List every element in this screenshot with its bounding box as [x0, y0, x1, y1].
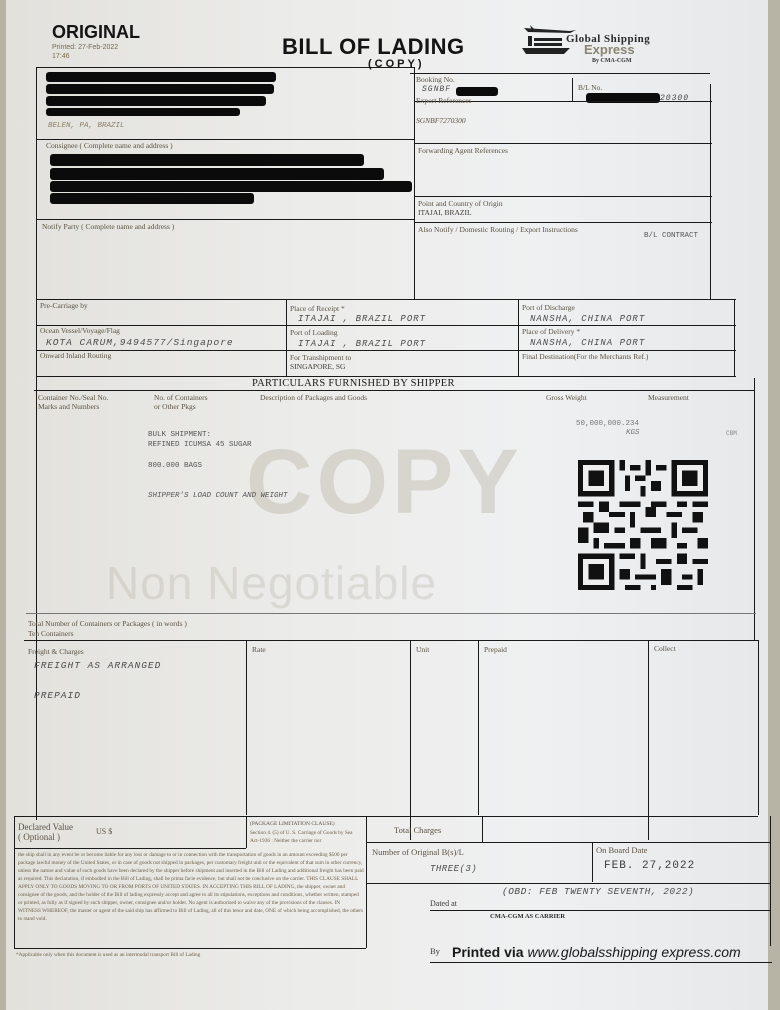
total-packages-label: Total Number of Containers or Packages (…: [28, 620, 187, 628]
declared-value-label: Declared Value: [18, 822, 73, 832]
printed-date: Printed: 27-Feb-2022: [52, 44, 118, 51]
bill-of-lading-document: ORIGINAL Printed: 27-Feb-2022 17:46 BILL…: [6, 0, 768, 1010]
printed-via-text: Printed via www.globalsshipping express.…: [452, 944, 741, 960]
place-of-receipt-value: ITAJAI , BRAZIL PORT: [298, 314, 426, 324]
total-packages-value: Ten Containers: [28, 630, 74, 638]
declared-value-optional: ( Optional ): [18, 832, 60, 842]
goods-line2: REFINED ICUMSA 45 SUGAR: [148, 441, 252, 449]
ocean-vessel-value: KOTA CARUM,9494577/Singapore: [46, 337, 234, 348]
port-of-loading-label: Port of Loading: [290, 329, 338, 337]
dated-at-label: Dated at: [430, 900, 457, 909]
watermark-copy: COPY: [246, 430, 523, 535]
printed-via-label: Printed via: [452, 944, 527, 960]
freight-line1: FREIGHT AS ARRANGED: [34, 660, 161, 671]
also-notify-label: Also Notify / Domestic Routing / Export …: [418, 226, 578, 234]
booking-number: SGNBF: [422, 85, 451, 94]
originals-label: Number of Original B(s)/L: [372, 848, 464, 857]
place-of-delivery-label: Place of Delivery *: [522, 328, 580, 336]
consignee-label: Consignee ( Complete name and address ): [46, 142, 173, 150]
weight-unit: KGS: [626, 429, 640, 437]
onward-routing-label: Onward Inland Routing: [40, 352, 111, 360]
port-of-discharge-label: Port of Discharge: [522, 304, 575, 312]
logo-line2: Express: [584, 42, 635, 57]
on-board-date-value: FEB. 27,2022: [604, 860, 695, 872]
obd-note: (OBD: FEB TWENTY SEVENTH, 2022): [502, 886, 694, 897]
freight-label: Freight & Charges: [28, 648, 84, 656]
pre-carriage-label: Pre-Carriage by: [40, 302, 88, 310]
originals-value: THREE(3): [430, 864, 477, 874]
by-label: By: [430, 947, 440, 956]
export-references-value: SGNBF7270300: [416, 117, 466, 125]
printed-time: 17:46: [52, 53, 70, 60]
booking-label: Booking No.: [416, 76, 455, 84]
transhipment-label: For Transhipment to: [290, 354, 351, 362]
printed-via-url: www.globalsshipping express.com: [527, 944, 740, 960]
forwarding-agent-label: Forwarding Agent References: [418, 147, 508, 155]
original-label: ORIGINAL: [52, 22, 140, 43]
col-gross-weight: Gross Weight: [546, 394, 587, 402]
collect-label: Collect: [654, 645, 676, 653]
also-notify-value: B/L CONTRACT: [644, 232, 698, 240]
bl-no-label: B/L No.: [578, 84, 602, 92]
col-container: Container No./Seal No.: [38, 394, 108, 402]
port-of-loading-value: ITAJAI , BRAZIL PORT: [298, 339, 426, 349]
package-limitation-intro: Section 4. (5) of U. S. Carriage of Good…: [250, 829, 362, 845]
col-num-containers: No. of Containers: [154, 394, 208, 402]
freight-line2: PREPAID: [34, 690, 81, 701]
export-references-label: Export References: [416, 97, 472, 105]
col-description: Description of Packages and Goods: [260, 394, 367, 402]
gross-weight-value: 50,000,000.234: [576, 420, 639, 428]
particulars-heading: PARTICULARS FURNISHED BY SHIPPER: [252, 378, 455, 389]
notify-party-label: Notify Party ( Complete name and address…: [42, 223, 174, 231]
declared-value-currency: US $: [96, 827, 112, 836]
col-marks: Marks and Numbers: [38, 403, 99, 411]
package-limitation-title: (PACKAGE LIMITATION CLAUSE): [250, 821, 335, 827]
final-destination-label: Final Destination(For the Merchants Ref.…: [522, 353, 648, 361]
origin-value: ITAJAI, BRAZIL: [418, 209, 472, 217]
document-subtitle: (COPY): [368, 58, 425, 70]
shipper-address: BELEN, PA, BRAZIL: [48, 122, 125, 130]
watermark-non-negotiable: Non Negotiable: [106, 556, 437, 610]
origin-label: Point and Country of Origin: [418, 200, 503, 208]
shippers-load-note: SHIPPER'S LOAD COUNT AND WEIGHT: [148, 492, 288, 500]
goods-bags: 800.000 BAGS: [148, 462, 202, 470]
ocean-vessel-label: Ocean Vessel/Voyage/Flag: [40, 327, 120, 335]
intermodal-footnote: *Applicable only when this document is u…: [16, 951, 200, 959]
logo-by: By CMA-CGM: [592, 58, 632, 64]
on-board-date-label: On Board Date: [596, 846, 647, 855]
col-other-pkgs: or Other Pkgs: [154, 403, 196, 411]
place-of-receipt-label: Place of Receipt *: [290, 305, 345, 313]
total-charges-label: Total Charges: [394, 826, 441, 835]
package-limitation-text: the ship shall in any event be or become…: [18, 851, 364, 945]
qr-code-icon: [578, 460, 708, 590]
measurement-unit: CBM: [726, 430, 737, 437]
transhipment-value: SINGAPORE, SG: [290, 363, 345, 371]
prepaid-label: Prepaid: [484, 646, 507, 654]
rate-label: Rate: [252, 646, 266, 654]
col-measurement: Measurement: [648, 394, 689, 402]
place-of-delivery-value: NANSHA, CHINA PORT: [530, 338, 645, 348]
port-of-discharge-value: NANSHA, CHINA PORT: [530, 314, 645, 324]
goods-line1: BULK SHIPMENT:: [148, 431, 211, 439]
unit-label: Unit: [416, 646, 429, 654]
carrier-label: CMA-CGM AS CARRIER: [490, 913, 565, 920]
document-title: BILL OF LADING: [282, 34, 465, 60]
